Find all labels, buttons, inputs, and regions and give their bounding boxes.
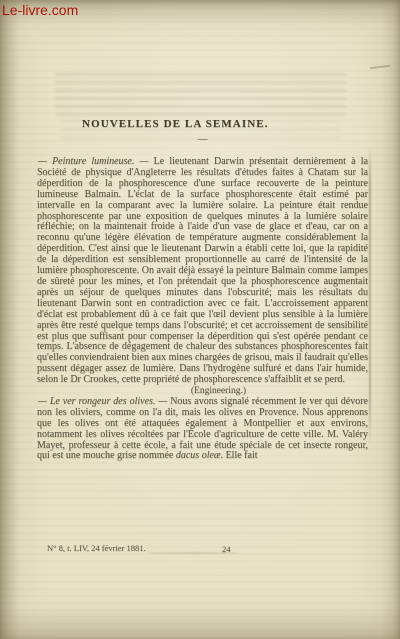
article-body: Le lieutenant Darwin présentait dernière… (37, 156, 368, 385)
footer-issue-info: N° 8, t. LIV, 24 février 1881. (47, 543, 146, 553)
text-column: NOUVELLES DE LA SEMAINE. — — Peinture lu… (37, 118, 368, 462)
page-footer: N° 8, t. LIV, 24 février 1881. 24 (37, 543, 368, 555)
section-title: NOUVELLES DE LA SEMAINE. (37, 118, 368, 130)
title-rule-dash: — (37, 135, 368, 145)
article-subject: — Le ver rongeur des olives. — (38, 396, 167, 407)
article-subject: — Peinture lumineuse. — (38, 156, 148, 167)
species-name: dacus oleæ (176, 450, 221, 461)
page-crease-artifact (369, 146, 371, 446)
watermark-text: Le-livre.com (2, 2, 78, 18)
article-paragraph: — Peinture lumineuse. — Le lieutenant Da… (37, 157, 368, 386)
article-body: . Elle fait (221, 450, 258, 461)
footer-signature-number: 24 (222, 544, 231, 554)
ink-bleedthrough-artifact (55, 70, 347, 116)
article-paragraph: — Le ver rongeur des olives. — Nous avon… (37, 397, 368, 462)
scanned-page: Le-livre.com NOUVELLES DE LA SEMAINE. — … (0, 0, 400, 639)
scan-scratch-artifact (370, 65, 390, 69)
